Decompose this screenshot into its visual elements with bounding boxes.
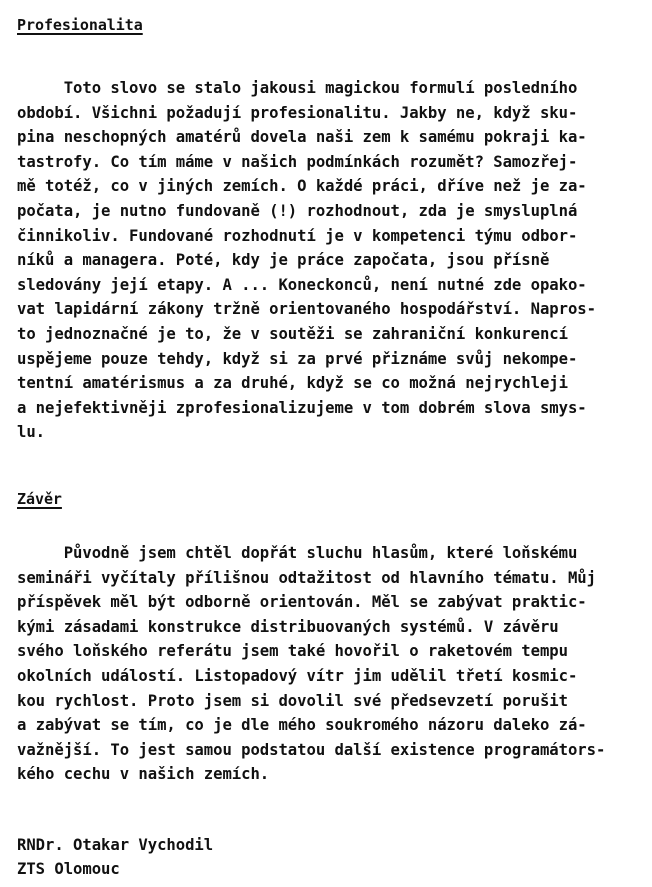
- text-line: tentní amatérismus a za druhé, když se c…: [17, 371, 596, 396]
- text-line: Toto slovo se stalo jakousi magickou for…: [17, 76, 596, 101]
- text-line: pina neschopných amatérů dovela naši zem…: [17, 125, 596, 150]
- author-organization: ZTS Olomouc: [17, 857, 213, 881]
- text-line: níků a managera. Poté, kdy je práce zapo…: [17, 248, 596, 273]
- section-heading-professionalism: Profesionalita: [17, 16, 143, 34]
- text-line: činnikoliv. Fundované rozhodnutí je v ko…: [17, 224, 596, 249]
- section-body-conclusion: Původně jsem chtěl dopřát sluchu hlasům,…: [17, 541, 605, 787]
- text-line: semináři vyčítaly přílišnou odtažitost o…: [17, 566, 605, 591]
- text-line: okolních událostí. Listopadový vítr jim …: [17, 664, 605, 689]
- text-line: Původně jsem chtěl dopřát sluchu hlasům,…: [17, 541, 605, 566]
- typewritten-document-page: Profesionalita Toto slovo se stalo jakou…: [0, 0, 652, 887]
- text-line: vat lapidární zákony tržně orientovaného…: [17, 297, 596, 322]
- text-line: a nejefektivněji zprofesionalizujeme v t…: [17, 396, 596, 421]
- signature-block: RNDr. Otakar Vychodil ZTS Olomouc: [17, 833, 213, 881]
- text-line: tastrofy. Co tím máme v našich podmínkác…: [17, 150, 596, 175]
- section-body-professionalism: Toto slovo se stalo jakousi magickou for…: [17, 76, 596, 445]
- text-line: lu.: [17, 420, 596, 445]
- text-line: a zabývat se tím, co je dle mého soukrom…: [17, 713, 605, 738]
- text-line: važnější. To jest samou podstatou další …: [17, 738, 605, 763]
- text-line: uspějeme pouze tehdy, když si za prvé př…: [17, 347, 596, 372]
- text-line: kou rychlost. Proto jsem si dovolil své …: [17, 689, 605, 714]
- text-line: to jednoznačné je to, že v soutěži se za…: [17, 322, 596, 347]
- text-line: mě totéž, co v jiných zemích. O každé pr…: [17, 174, 596, 199]
- text-line: sledovány její etapy. A ... Koneckonců, …: [17, 273, 596, 298]
- text-line: období. Všichni požadují profesionalitu.…: [17, 101, 596, 126]
- text-line: kého cechu v našich zemích.: [17, 762, 605, 787]
- section-heading-conclusion: Závěr: [17, 490, 62, 508]
- text-line: příspěvek měl být odborně orientován. Mě…: [17, 590, 605, 615]
- text-line: svého loňského referátu jsem také hovoři…: [17, 639, 605, 664]
- author-name: RNDr. Otakar Vychodil: [17, 833, 213, 857]
- text-line: počata, je nutno fundovaně (!) rozhodnou…: [17, 199, 596, 224]
- text-line: kými zásadami konstrukce distribuovaných…: [17, 615, 605, 640]
